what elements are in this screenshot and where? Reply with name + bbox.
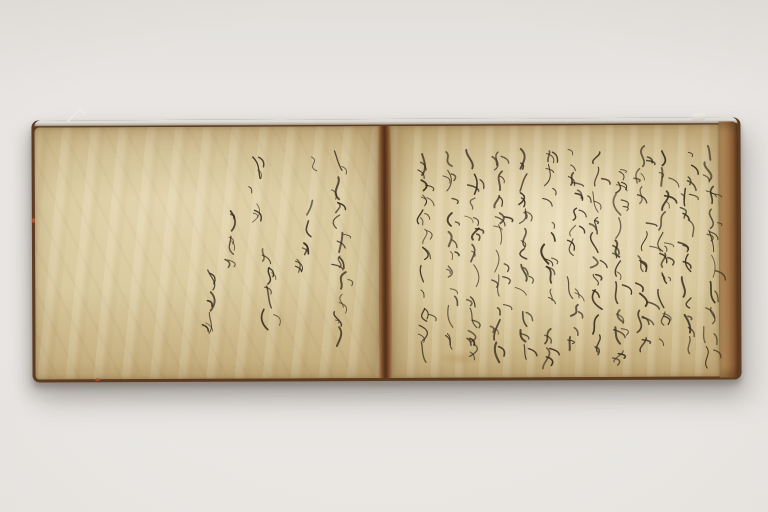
paper-tab xyxy=(691,113,706,121)
photograph xyxy=(0,0,768,512)
red-speck xyxy=(32,218,35,223)
binding-gutter xyxy=(378,126,391,378)
left-page xyxy=(34,126,379,379)
cover-fore-edge xyxy=(718,121,738,377)
paper-stain xyxy=(438,351,482,366)
right-page xyxy=(390,125,719,378)
red-speck xyxy=(95,378,100,381)
book xyxy=(31,117,741,382)
